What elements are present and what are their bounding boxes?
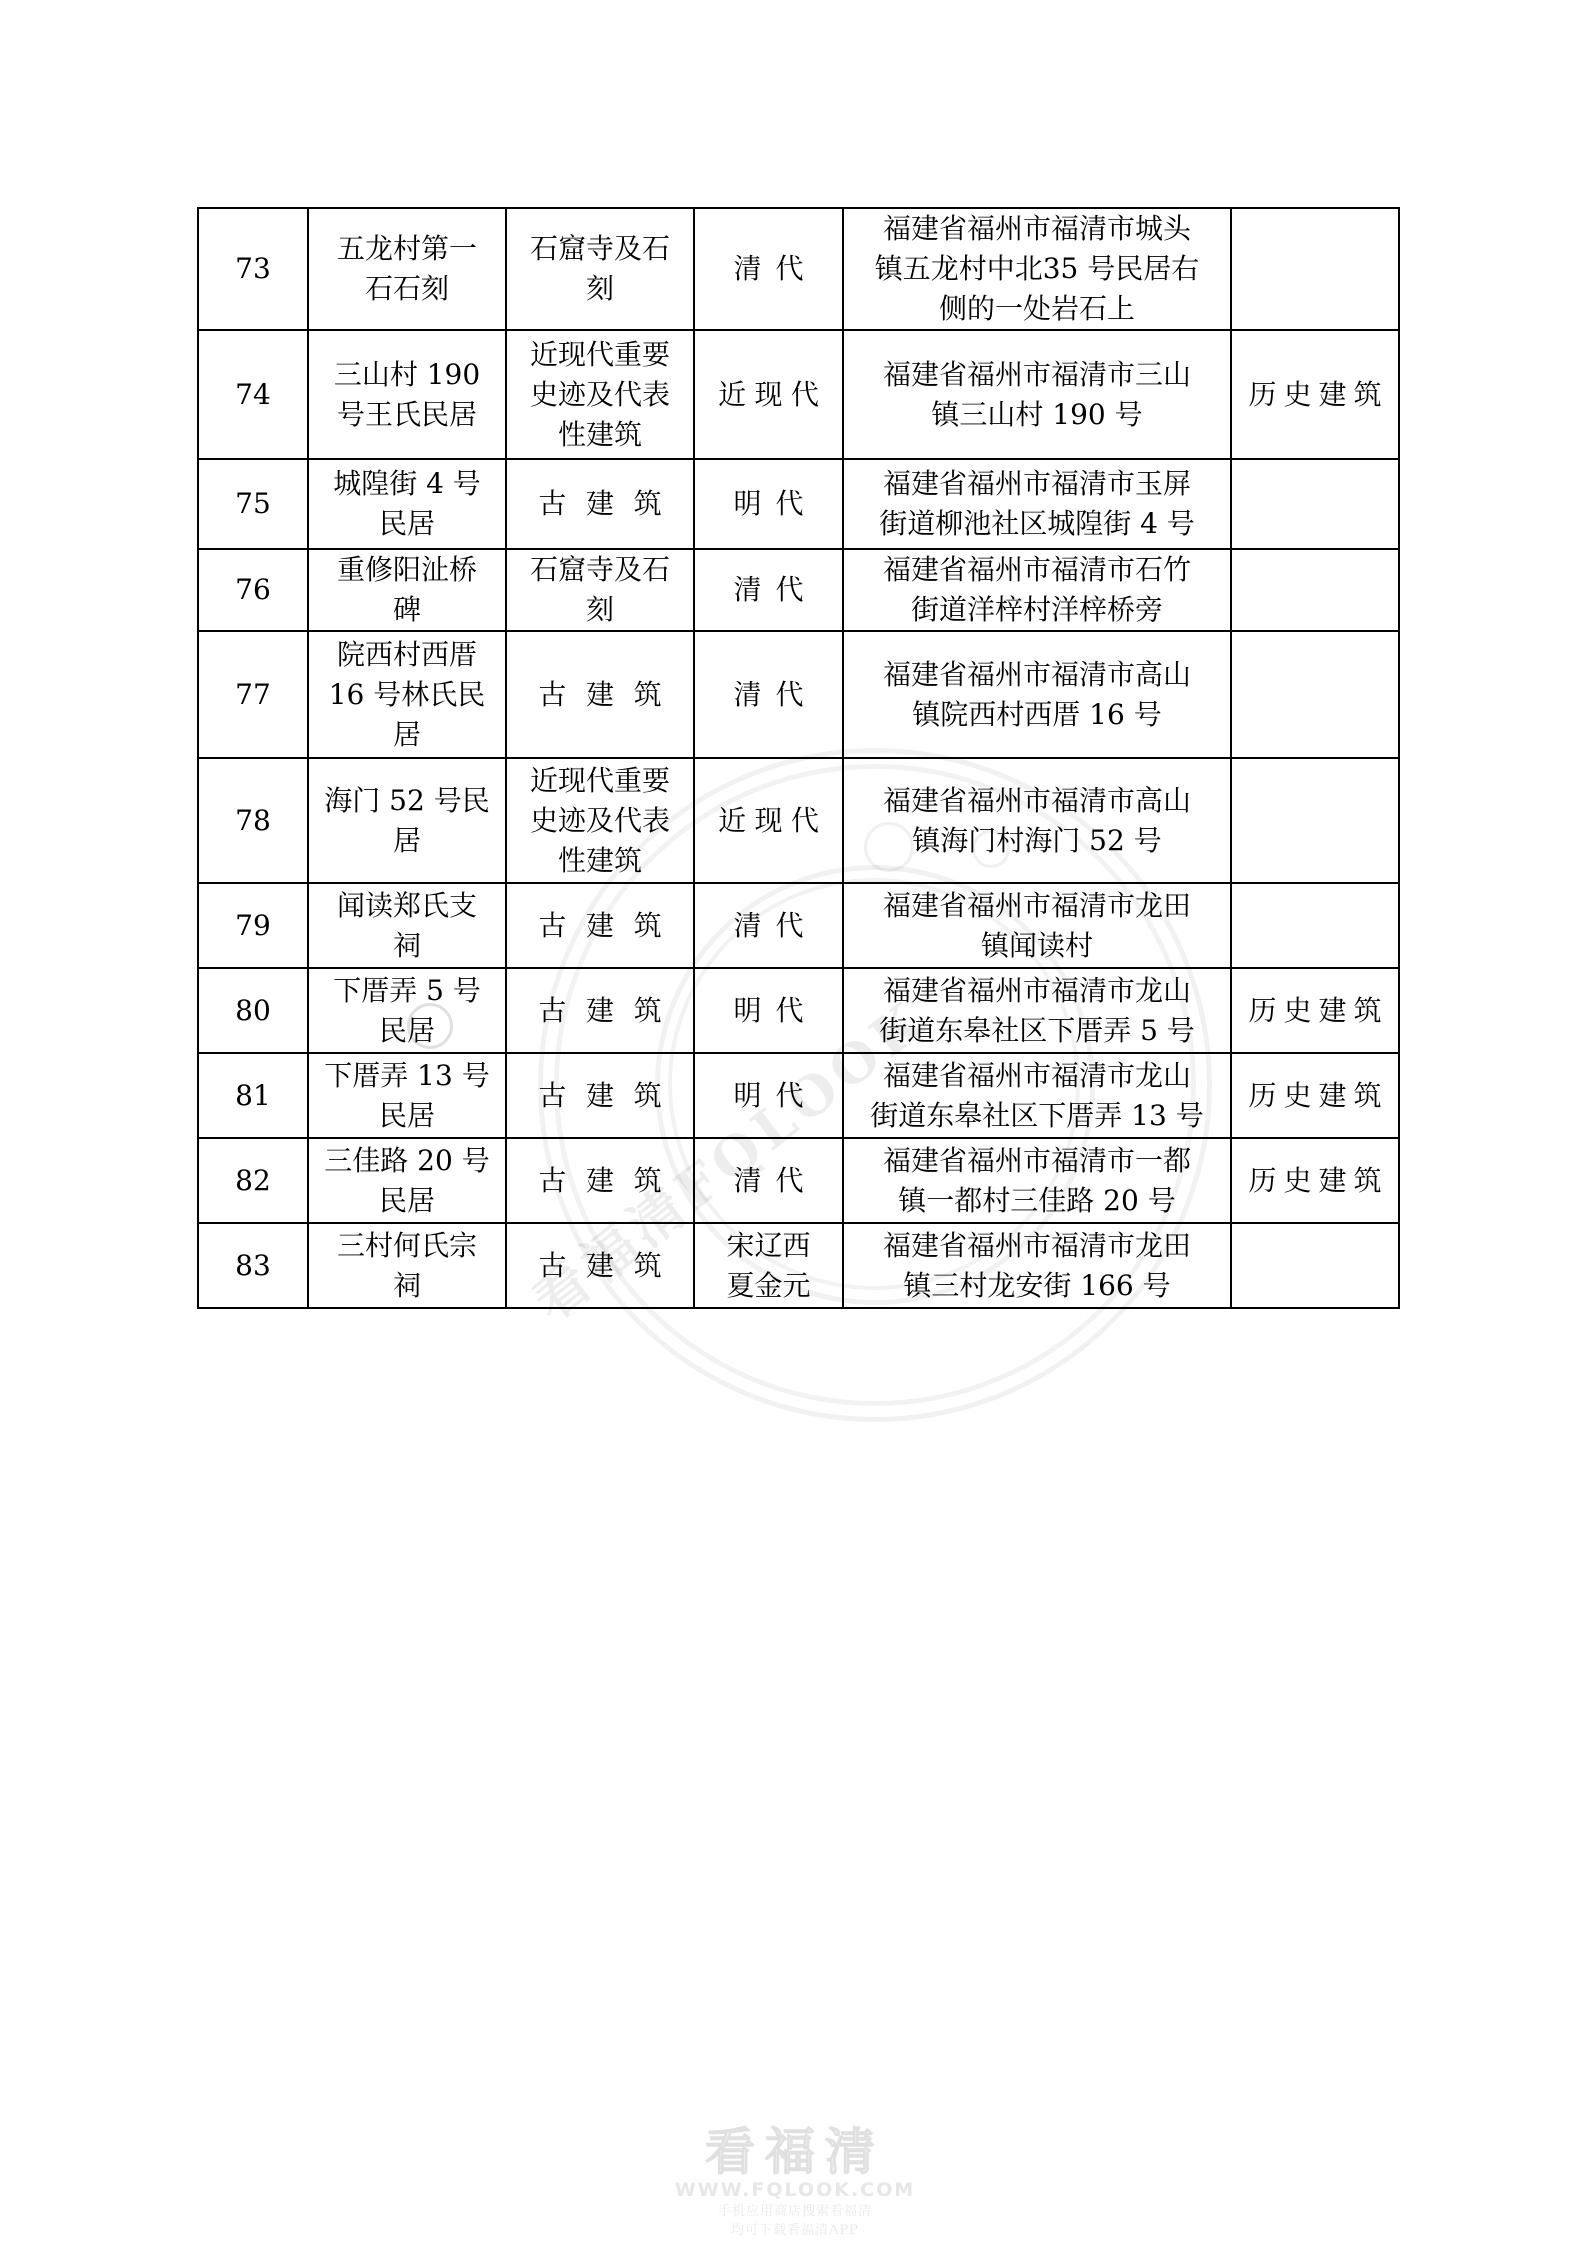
cell-remark: 历史建筑 [1231, 330, 1399, 459]
cell-text: 近现代重要史迹及代表性建筑 [530, 338, 670, 451]
cell-no: 79 [198, 883, 308, 968]
cell-text: 福建省福州市福清市城头镇五龙村中北35 号民居右侧的一处岩石上 [875, 212, 1200, 325]
cell-text: 下厝弄 5 号民居 [333, 974, 481, 1047]
cell-text: 福建省福州市福清市龙山街道东皋社区下厝弄 5 号 [879, 974, 1195, 1047]
cell-no: 78 [198, 758, 308, 883]
cell-address: 福建省福州市福清市城头镇五龙村中北35 号民居右侧的一处岩石上 [843, 208, 1231, 330]
cell-text: 福建省福州市福清市一都镇一都村三佳路 20 号 [883, 1144, 1191, 1217]
cell-text: 福建省福州市福清市龙田镇闻读村 [883, 889, 1191, 962]
cell-no: 83 [198, 1223, 308, 1308]
cell-name: 海门 52 号民居 [308, 758, 506, 883]
cell-text: 福建省福州市福清市龙田镇三村龙安街 166 号 [883, 1229, 1191, 1302]
cell-remark: 历史建筑 [1231, 1053, 1399, 1138]
cell-text: 三佳路 20 号民居 [324, 1144, 489, 1217]
cell-text: 82 [235, 1164, 271, 1197]
table-row: 77院西村西厝 16 号林氏民居古建筑清代福建省福州市福清市高山镇院西村西厝 1… [198, 631, 1399, 758]
cell-text: 近现代 [718, 804, 827, 837]
cell-category: 古建筑 [506, 1223, 694, 1308]
cell-name: 重修阳沚桥碑 [308, 549, 506, 631]
cell-no: 77 [198, 631, 308, 758]
cell-text: 下厝弄 13 号民居 [324, 1059, 489, 1132]
cell-text: 院西村西厝 16 号林氏民居 [329, 638, 486, 751]
table-row: 81下厝弄 13 号民居古建筑明代福建省福州市福清市龙山街道东皋社区下厝弄 13… [198, 1053, 1399, 1138]
cell-text: 清代 [733, 909, 817, 942]
cell-text: 近现代重要史迹及代表性建筑 [530, 764, 670, 877]
cell-address: 福建省福州市福清市玉屏街道柳池社区城隍街 4 号 [843, 459, 1231, 549]
cell-text: 清代 [733, 1164, 817, 1197]
heritage-table: 73五龙村第一石石刻石窟寺及石刻清代福建省福州市福清市城头镇五龙村中北35 号民… [197, 207, 1400, 1309]
cell-category: 近现代重要史迹及代表性建筑 [506, 758, 694, 883]
cell-name: 三佳路 20 号民居 [308, 1138, 506, 1223]
cell-name: 城隍街 4 号民居 [308, 459, 506, 549]
cell-category: 古建筑 [506, 631, 694, 758]
cell-name: 院西村西厝 16 号林氏民居 [308, 631, 506, 758]
cell-era: 清代 [694, 883, 843, 968]
cell-no: 74 [198, 330, 308, 459]
cell-text: 清代 [733, 573, 817, 606]
cell-text: 三山村 190 号王氏民居 [334, 358, 480, 431]
table-row: 79闻读郑氏支祠古建筑清代福建省福州市福清市龙田镇闻读村 [198, 883, 1399, 968]
cell-text: 福建省福州市福清市高山镇海门村海门 52 号 [883, 784, 1191, 857]
table-row: 76重修阳沚桥碑石窟寺及石刻清代福建省福州市福清市石竹街道洋梓村洋梓桥旁 [198, 549, 1399, 631]
cell-text: 石窟寺及石刻 [530, 553, 670, 626]
cell-address: 福建省福州市福清市高山镇海门村海门 52 号 [843, 758, 1231, 883]
cell-remark [1231, 549, 1399, 631]
cell-text: 三村何氏宗祠 [337, 1229, 477, 1302]
cell-text: 古建筑 [538, 994, 681, 1027]
cell-text: 重修阳沚桥碑 [337, 553, 477, 626]
cell-category: 近现代重要史迹及代表性建筑 [506, 330, 694, 459]
cell-text: 石窟寺及石刻 [530, 232, 670, 305]
watermark-logo-line1: 手机应用商店搜索看福清 [600, 2204, 990, 2220]
cell-remark [1231, 1223, 1399, 1308]
cell-text: 明代 [733, 994, 817, 1027]
cell-era: 宋辽西夏金元 [694, 1223, 843, 1308]
cell-remark [1231, 631, 1399, 758]
cell-category: 古建筑 [506, 883, 694, 968]
cell-text: 81 [235, 1079, 271, 1112]
table-row: 78海门 52 号民居近现代重要史迹及代表性建筑近现代福建省福州市福清市高山镇海… [198, 758, 1399, 883]
cell-address: 福建省福州市福清市石竹街道洋梓村洋梓桥旁 [843, 549, 1231, 631]
cell-remark [1231, 758, 1399, 883]
cell-text: 古建筑 [538, 909, 681, 942]
cell-text: 海门 52 号民居 [324, 784, 489, 857]
cell-category: 古建筑 [506, 968, 694, 1053]
cell-name: 三村何氏宗祠 [308, 1223, 506, 1308]
cell-category: 古建筑 [506, 459, 694, 549]
cell-text: 古建筑 [538, 1164, 681, 1197]
cell-name: 下厝弄 13 号民居 [308, 1053, 506, 1138]
table-row: 80下厝弄 5 号民居古建筑明代福建省福州市福清市龙山街道东皋社区下厝弄 5 号… [198, 968, 1399, 1053]
cell-text: 明代 [733, 1079, 817, 1112]
cell-address: 福建省福州市福清市一都镇一都村三佳路 20 号 [843, 1138, 1231, 1223]
cell-text: 历史建筑 [1248, 378, 1388, 411]
cell-text: 清代 [733, 678, 817, 711]
cell-no: 75 [198, 459, 308, 549]
cell-era: 近现代 [694, 330, 843, 459]
cell-remark: 历史建筑 [1231, 968, 1399, 1053]
cell-text: 福建省福州市福清市三山镇三山村 190 号 [883, 358, 1191, 431]
cell-address: 福建省福州市福清市龙田镇闻读村 [843, 883, 1231, 968]
cell-text: 77 [235, 678, 271, 711]
cell-text: 历史建筑 [1248, 1079, 1388, 1112]
cell-text: 79 [235, 909, 271, 942]
table-row: 73五龙村第一石石刻石窟寺及石刻清代福建省福州市福清市城头镇五龙村中北35 号民… [198, 208, 1399, 330]
cell-text: 75 [235, 487, 271, 520]
cell-name: 下厝弄 5 号民居 [308, 968, 506, 1053]
cell-text: 73 [235, 252, 271, 285]
cell-name: 三山村 190 号王氏民居 [308, 330, 506, 459]
cell-era: 清代 [694, 549, 843, 631]
cell-no: 76 [198, 549, 308, 631]
cell-era: 清代 [694, 208, 843, 330]
cell-text: 古建筑 [538, 678, 681, 711]
cell-text: 76 [235, 573, 271, 606]
cell-text: 清代 [733, 252, 817, 285]
cell-no: 82 [198, 1138, 308, 1223]
heritage-table-body: 73五龙村第一石石刻石窟寺及石刻清代福建省福州市福清市城头镇五龙村中北35 号民… [198, 208, 1399, 1308]
cell-text: 宋辽西夏金元 [726, 1229, 810, 1302]
cell-text: 83 [235, 1249, 271, 1282]
cell-category: 古建筑 [506, 1138, 694, 1223]
cell-text: 古建筑 [538, 1249, 681, 1282]
cell-text: 福建省福州市福清市石竹街道洋梓村洋梓桥旁 [883, 553, 1191, 626]
cell-text: 城隍街 4 号民居 [333, 467, 481, 540]
cell-era: 清代 [694, 1138, 843, 1223]
cell-name: 五龙村第一石石刻 [308, 208, 506, 330]
cell-no: 80 [198, 968, 308, 1053]
cell-remark [1231, 208, 1399, 330]
cell-era: 明代 [694, 1053, 843, 1138]
cell-text: 明代 [733, 487, 817, 520]
cell-text: 78 [235, 804, 271, 837]
table-row: 83三村何氏宗祠古建筑宋辽西夏金元福建省福州市福清市龙田镇三村龙安街 166 号 [198, 1223, 1399, 1308]
cell-era: 近现代 [694, 758, 843, 883]
table-row: 74三山村 190 号王氏民居近现代重要史迹及代表性建筑近现代福建省福州市福清市… [198, 330, 1399, 459]
cell-category: 石窟寺及石刻 [506, 208, 694, 330]
cell-text: 历史建筑 [1248, 994, 1388, 1027]
cell-text: 五龙村第一石石刻 [337, 232, 477, 305]
cell-text: 福建省福州市福清市龙山街道东皋社区下厝弄 13 号 [870, 1059, 1203, 1132]
watermark-logo-url: WWW.FQLOOK.COM [600, 2179, 990, 2201]
cell-remark [1231, 883, 1399, 968]
cell-text: 福建省福州市福清市高山镇院西村西厝 16 号 [883, 658, 1191, 731]
cell-no: 73 [198, 208, 308, 330]
watermark-logo-line2: 均可下载看福清APP [600, 2223, 990, 2239]
cell-era: 明代 [694, 459, 843, 549]
table-row: 75城隍街 4 号民居古建筑明代福建省福州市福清市玉屏街道柳池社区城隍街 4 号 [198, 459, 1399, 549]
cell-name: 闻读郑氏支祠 [308, 883, 506, 968]
cell-remark [1231, 459, 1399, 549]
cell-text: 80 [235, 994, 271, 1027]
watermark-logo: 看福清 WWW.FQLOOK.COM 手机应用商店搜索看福清 均可下载看福清AP… [600, 2126, 990, 2239]
cell-address: 福建省福州市福清市龙山街道东皋社区下厝弄 13 号 [843, 1053, 1231, 1138]
table-row: 82三佳路 20 号民居古建筑清代福建省福州市福清市一都镇一都村三佳路 20 号… [198, 1138, 1399, 1223]
watermark-logo-title: 看福清 [600, 2126, 990, 2178]
cell-no: 81 [198, 1053, 308, 1138]
cell-address: 福建省福州市福清市三山镇三山村 190 号 [843, 330, 1231, 459]
cell-address: 福建省福州市福清市龙田镇三村龙安街 166 号 [843, 1223, 1231, 1308]
cell-remark: 历史建筑 [1231, 1138, 1399, 1223]
cell-text: 74 [235, 378, 271, 411]
cell-text: 古建筑 [538, 487, 681, 520]
cell-address: 福建省福州市福清市高山镇院西村西厝 16 号 [843, 631, 1231, 758]
cell-category: 古建筑 [506, 1053, 694, 1138]
cell-text: 古建筑 [538, 1079, 681, 1112]
cell-address: 福建省福州市福清市龙山街道东皋社区下厝弄 5 号 [843, 968, 1231, 1053]
cell-text: 福建省福州市福清市玉屏街道柳池社区城隍街 4 号 [879, 467, 1195, 540]
cell-text: 近现代 [718, 378, 827, 411]
cell-era: 明代 [694, 968, 843, 1053]
cell-text: 历史建筑 [1248, 1164, 1388, 1197]
cell-text: 闻读郑氏支祠 [337, 889, 477, 962]
cell-category: 石窟寺及石刻 [506, 549, 694, 631]
cell-era: 清代 [694, 631, 843, 758]
